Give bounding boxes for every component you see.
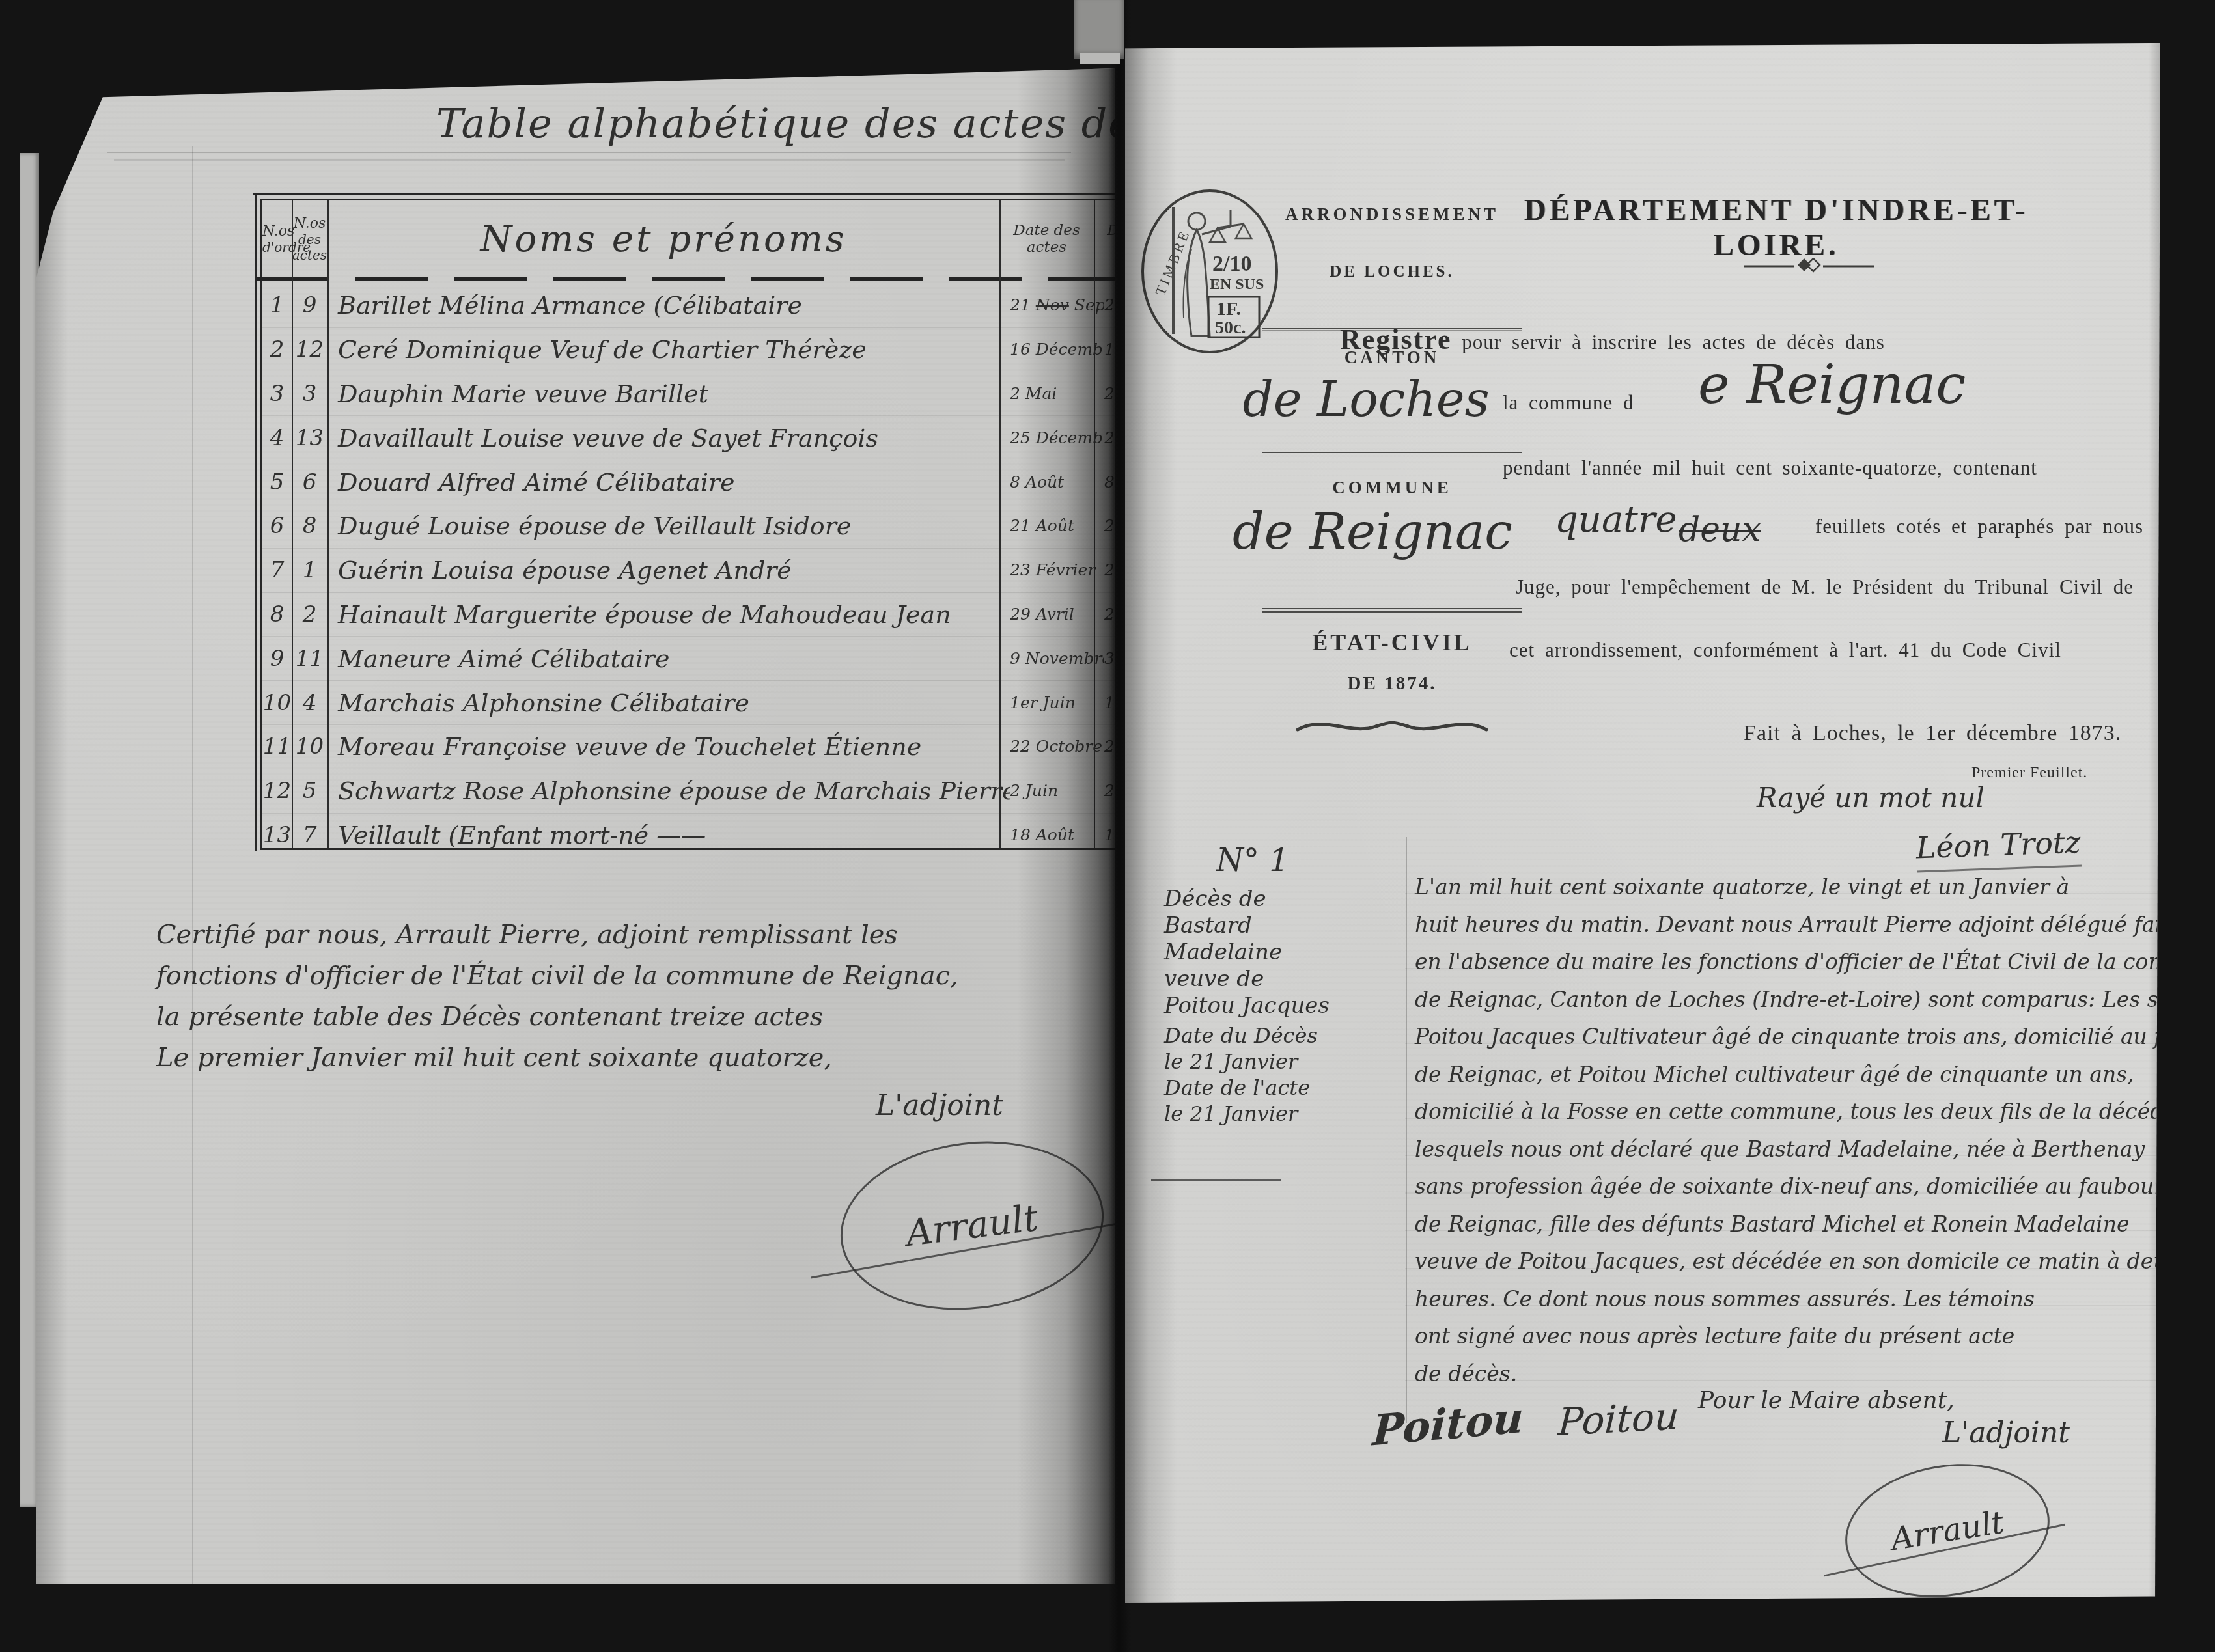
cell-acte: 7 [292, 822, 327, 848]
register-line-5: Juge, pour l'empêchement de M. le Présid… [1516, 575, 2134, 599]
cell-ordre: 3 [262, 381, 292, 407]
table-row: 2 12 Ceré Dominique Veuf de Chartier Thé… [262, 328, 1115, 372]
spine-paper-edge [1080, 53, 1120, 64]
act-body-line: Poitou Jacques Cultivateur âgé de cinqua… [1415, 1018, 2160, 1056]
index-table: N.os d'ordre N.os des actes Noms et prén… [260, 199, 1115, 850]
right-page: TIMBRE 2/10 EN SUS 1F. 50c. ARRONDISSEME [1125, 43, 2160, 1603]
page-title: Table alphabétique des actes de Décès [436, 100, 1087, 147]
svg-text:1F.: 1F. [1216, 298, 1241, 320]
feuillet-label: Premier Feuillet. [1971, 764, 2087, 782]
commune-label: COMMUNE [1203, 478, 1581, 498]
adjoint-label-left: L'adjoint [876, 1089, 1003, 1122]
cell-ordre: 11 [262, 734, 292, 760]
canton-value-handwritten: de Loches [1177, 372, 1555, 428]
adjoint-label-right: L'adjoint [1942, 1416, 2070, 1450]
act-body-line: ont signé avec nous après lecture faite … [1415, 1317, 2160, 1355]
header-ordre: N.os d'ordre [262, 223, 292, 255]
margin-line: Poitou Jacques [1164, 993, 1379, 1019]
act-body-line: heures. Ce dont nous nous sommes assurés… [1415, 1280, 2160, 1318]
column-line [1094, 200, 1095, 848]
divider-rule [1262, 452, 1522, 453]
table-row: 12 5 Schwartz Rose Alphonsine épouse de … [262, 769, 1115, 814]
column-line [999, 200, 1001, 848]
table-header-row: N.os d'ordre N.os des actes Noms et prén… [262, 200, 1115, 277]
margin-rule [192, 146, 193, 1584]
cell-ordre: 2 [262, 337, 292, 363]
cell-acte: 1 [292, 557, 327, 583]
cell-date-acte: 9 Novembre [1010, 650, 1104, 667]
register-line-2: la commune d [1503, 391, 1634, 415]
act-body-line: de Reignac, Canton de Loches (Indre-et-L… [1415, 981, 2160, 1019]
signature-oval-left: Arrault [831, 1127, 1113, 1325]
cell-name: Moreau Françoise veuve de Touchelet Étie… [327, 732, 1010, 761]
table-row: 6 8 Dugué Louise épouse de Veillault Isi… [262, 504, 1115, 549]
certification-line: Certifié par nous, Arrault Pierre, adjoi… [156, 915, 1055, 956]
cell-acte: 13 [292, 425, 327, 451]
signature-arrault-left: Arrault [904, 1196, 1040, 1254]
scanned-register-spread: Table alphabétique des actes de Décès N.… [0, 0, 2215, 1652]
cell-name: Ceré Dominique Veuf de Chartier Thérèze [327, 335, 1010, 364]
certification-line: Le premier Janvier mil huit cent soixant… [156, 1038, 1055, 1079]
margin-line: Bastard [1164, 913, 1379, 939]
cell-date-acte: 29 Avril [1010, 606, 1104, 623]
feuillets-count-struck: deux [1679, 510, 1761, 549]
spine-top [1074, 0, 1124, 59]
register-line-1: Registre pour servir à inscrire les acte… [1340, 323, 1885, 356]
cell-ordre: 9 [262, 646, 292, 672]
act-body-line: sans profession âgée de soixante dix-neu… [1415, 1168, 2160, 1205]
cell-name: Marchais Alphonsine Célibataire [327, 689, 1010, 717]
cell-acte: 9 [292, 292, 327, 318]
arrondissement-value: DE LOCHES. [1203, 263, 1581, 281]
ornament-icon [1744, 258, 1874, 278]
act-body-line: veuve de Poitou Jacques, est décédée en … [1415, 1243, 2160, 1280]
cell-date-acte: 2 Mai [1010, 385, 1104, 402]
cell-name: Guérin Louisa épouse Agenet André [327, 556, 1010, 585]
cell-acte: 11 [292, 646, 327, 672]
act-body-line: en l'absence du maire les fonctions d'of… [1415, 943, 2160, 981]
cell-date-acte: 8 Août [1010, 474, 1104, 491]
cell-name: Schwartz Rose Alphonsine épouse de March… [327, 777, 1010, 805]
title-underline-2 [114, 159, 1065, 161]
act-body-line: de Reignac, fille des défunts Bastard Mi… [1415, 1205, 2160, 1243]
act-number: N° 1 [1216, 842, 1289, 879]
margin-divider [1151, 1179, 1281, 1181]
margin-line: Madelaine [1164, 939, 1379, 966]
certification-line: la présente table des Décès contenant tr… [156, 997, 1055, 1038]
cell-date-acte: 25 Décembre [1010, 430, 1104, 447]
cell-date-acte: 16 Décembre [1010, 341, 1104, 358]
cell-date-acte: 23 Février [1010, 562, 1104, 579]
cell-date-acte: 21 Nov Septembre [1010, 297, 1104, 314]
register-line-6: cet arrondissement, conformément à l'art… [1509, 639, 2061, 662]
cell-ordre: 4 [262, 425, 292, 451]
margin-line: Décès de [1164, 886, 1379, 913]
header-actes: N.os des actes [292, 215, 327, 263]
table-row: 8 2 Hainault Marguerite épouse de Mahoud… [262, 593, 1115, 637]
cell-date-acte: 2 Juin [1010, 782, 1104, 799]
header-noms: Noms et prénoms [327, 218, 999, 260]
act-margin-note: Décès deBastardMadelaineveuve dePoitou J… [1164, 886, 1379, 1019]
svg-text:50c.: 50c. [1215, 318, 1246, 338]
certification-line: fonctions d'officier de l'État civil de … [156, 956, 1055, 997]
cell-date-acte: 1er Juin [1010, 695, 1104, 711]
act-body-text: L'an mil huit cent soixante quatorze, le… [1415, 868, 2160, 1392]
cell-name: Dugué Louise épouse de Veillault Isidore [327, 512, 1010, 540]
signature-oval-right: Arrault [1835, 1450, 2059, 1603]
cell-acte: 8 [292, 513, 327, 539]
table-row: 9 11 Maneure Aimé Célibataire 9 Novembre… [262, 637, 1115, 681]
cell-ordre: 8 [262, 601, 292, 627]
flourish-icon [1294, 713, 1490, 743]
cell-acte: 3 [292, 381, 327, 407]
register-line-4: feuillets cotés et paraphés par nous [1815, 515, 2143, 538]
act-body-line: L'an mil huit cent soixante quatorze, le… [1415, 868, 2160, 906]
table-row: 5 6 Douard Alfred Aimé Célibataire 8 Aoû… [262, 460, 1115, 504]
margin-date-line: Date de l'acte [1164, 1075, 1379, 1101]
cell-ordre: 6 [262, 513, 292, 539]
header-separator [256, 277, 1115, 281]
certification-paragraph: Certifié par nous, Arrault Pierre, adjoi… [156, 915, 1055, 1079]
cell-date-acte: 22 Octobre [1010, 738, 1104, 755]
title-underline [107, 152, 1071, 153]
column-line [327, 200, 329, 848]
cell-name: Maneure Aimé Célibataire [327, 644, 1010, 673]
cell-acte: 5 [292, 778, 327, 804]
table-row: 11 10 Moreau Françoise veuve de Touchele… [262, 725, 1115, 769]
column-line [292, 200, 293, 848]
cell-name: Barillet Mélina Armance (Célibataire [327, 291, 1010, 320]
act-body-line: de Reignac, et Poitou Michel cultivateur… [1415, 1056, 2160, 1094]
feuillets-count-handwritten: quatre [1555, 499, 1677, 541]
judge-signature: Léon Trotz [1915, 825, 2082, 873]
cell-name: Davaillault Louise veuve de Sayet Franço… [327, 424, 1010, 452]
cell-acte: 2 [292, 601, 327, 627]
commune-value-handwritten: de Reignac [1184, 502, 1561, 560]
cell-date-acte: 21 Août [1010, 517, 1104, 534]
cell-ordre: 7 [262, 557, 292, 583]
act-body-line: domicilié à la Fosse en cette commune, t… [1415, 1093, 2160, 1131]
dated-line: Fait à Loches, le 1er décembre 1873. [1744, 721, 2121, 746]
table-row: 4 13 Davaillault Louise veuve de Sayet F… [262, 416, 1115, 460]
registre-word: Registre [1340, 324, 1452, 355]
act-margin-rule [1406, 837, 1407, 1423]
table-row: 7 1 Guérin Louisa épouse Agenet André 23… [262, 549, 1115, 593]
cell-ordre: 5 [262, 469, 292, 495]
act-body-line: huit heures du matin. Devant nous Arraul… [1415, 906, 2160, 944]
witness-signature-2: Poitou [1557, 1394, 1680, 1444]
double-rule [1262, 608, 1522, 609]
cell-date-acte: 18 Août [1010, 827, 1104, 844]
margin-line: veuve de [1164, 966, 1379, 993]
cell-name: Veillault (Enfant mort-né —— [327, 821, 1010, 849]
table-row: 13 7 Veillault (Enfant mort-né —— 18 Aoû… [262, 814, 1115, 858]
department-title: DÉPARTEMENT D'INDRE-ET-LOIRE. [1477, 193, 2076, 263]
cell-ordre: 13 [262, 822, 292, 848]
cell-ordre: 12 [262, 778, 292, 804]
act-margin-dates: Date du Décèsle 21 JanvierDate de l'acte… [1164, 1023, 1379, 1127]
cell-acte: 10 [292, 734, 327, 760]
table-row: 3 3 Dauphin Marie veuve Barillet 2 Mai 2… [262, 372, 1115, 417]
act-body-line: lesquels nous ont déclaré que Bastard Ma… [1415, 1131, 2160, 1168]
margin-date-line: le 21 Janvier [1164, 1049, 1379, 1075]
cell-name: Douard Alfred Aimé Célibataire [327, 468, 1010, 497]
cell-acte: 4 [292, 690, 327, 716]
signature-arrault-right: Arrault [1888, 1504, 2006, 1558]
margin-date-line: Date du Décès [1164, 1023, 1379, 1049]
cell-ordre: 1 [262, 292, 292, 318]
commune-name-handwritten: e Reignac [1698, 354, 1966, 416]
left-page: Table alphabétique des actes de Décès N.… [36, 68, 1115, 1584]
cell-name: Hainault Marguerite épouse de Mahoudeau … [327, 600, 1010, 629]
table-row: 10 4 Marchais Alphonsine Célibataire 1er… [262, 681, 1115, 725]
table-outer-top-line [253, 193, 1115, 195]
register-line-3: pendant l'année mil huit cent soixante-q… [1503, 456, 2037, 480]
cell-name: Dauphin Marie veuve Barillet [327, 379, 1010, 408]
cell-ordre: 10 [262, 690, 292, 716]
cell-acte: 6 [292, 469, 327, 495]
raye-note-handwritten: Rayé un mot nul [1757, 782, 1985, 814]
table-outer-left-line [255, 193, 257, 851]
etat-civil-year: DE 1874. [1203, 673, 1581, 695]
closing-line: Pour le Maire absent, [1698, 1387, 1955, 1414]
table-body: 1 9 Barillet Mélina Armance (Célibataire… [262, 284, 1115, 848]
cell-acte: 12 [292, 337, 327, 363]
header-date-actes: Date des actes [999, 222, 1094, 256]
margin-date-line: le 21 Janvier [1164, 1101, 1379, 1127]
table-row: 1 9 Barillet Mélina Armance (Célibataire… [262, 284, 1115, 328]
